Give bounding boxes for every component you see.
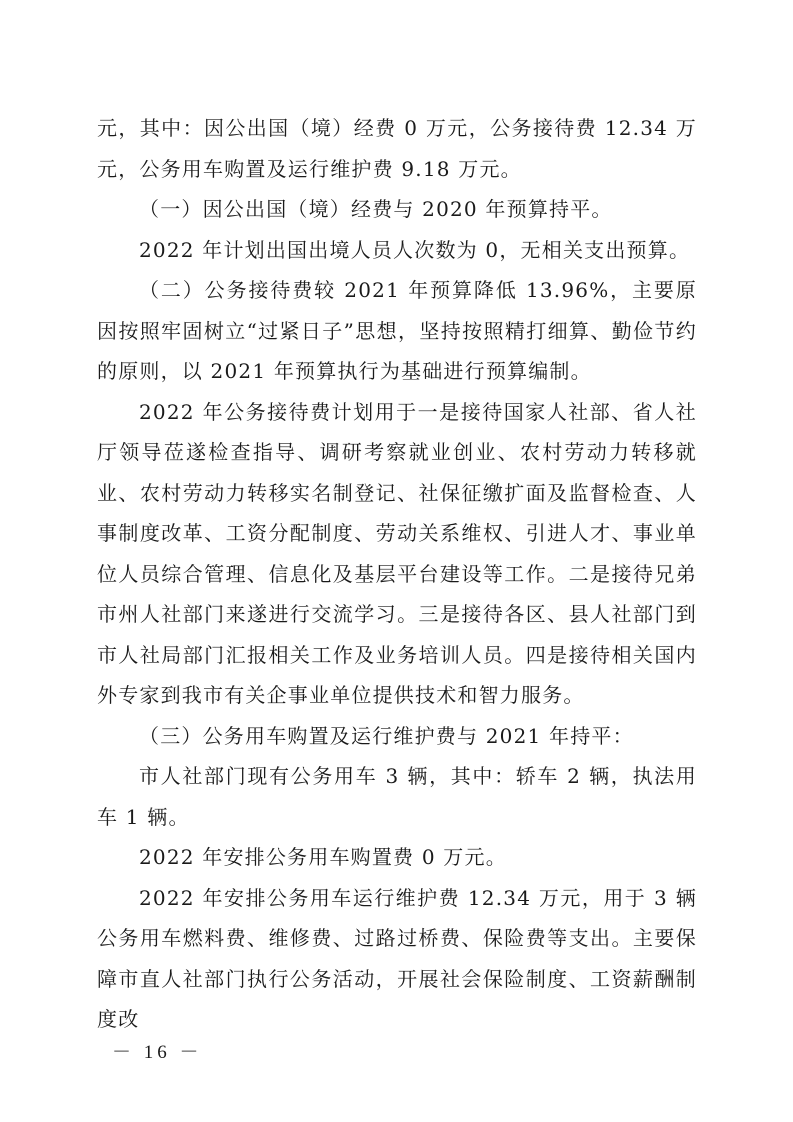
paragraph-vehicle-heading: （三）公务用车购置及运行维护费与 2021 年持平： [97,716,697,757]
paragraph-overseas-heading: （一）因公出国（境）经费与 2020 年预算持平。 [97,189,697,230]
paragraph-reception-heading: （二）公务接待费较 2021 年预算降低 13.96%，主要原因按照牢固树立“过… [97,270,697,392]
paragraph-reception-detail: 2022 年公务接待费计划用于一是接待国家人社部、省人社厅领导莅遂检查指导、调研… [97,392,697,716]
paragraph-vehicle-count: 市人社部门现有公务用车 3 辆，其中：轿车 2 辆，执法用车 1 辆。 [97,756,697,837]
paragraph-overseas-detail: 2022 年计划出国出境人员人次数为 0，无相关支出预算。 [97,230,697,271]
paragraph-expense-summary: 元，其中：因公出国（境）经费 0 万元，公务接待费 12.34 万元，公务用车购… [97,108,697,189]
document-page: 元，其中：因公出国（境）经费 0 万元，公务接待费 12.34 万元，公务用车购… [97,108,697,1040]
paragraph-vehicle-purchase: 2022 年安排公务用车购置费 0 万元。 [97,837,697,878]
page-number: － 16 － [112,1037,203,1064]
paragraph-vehicle-maintenance: 2022 年安排公务用车运行维护费 12.34 万元，用于 3 辆公务用车燃料费… [97,878,697,1040]
